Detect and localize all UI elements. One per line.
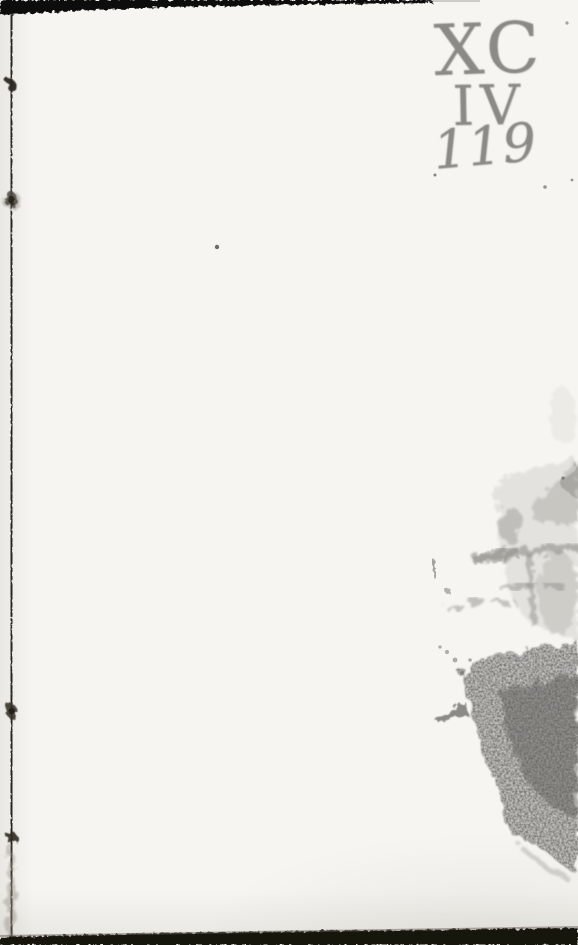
scan-artwork-layer [0,0,578,945]
scanned-book-flyleaf: XC IV 119 [0,0,578,945]
paper-texture [0,0,578,945]
